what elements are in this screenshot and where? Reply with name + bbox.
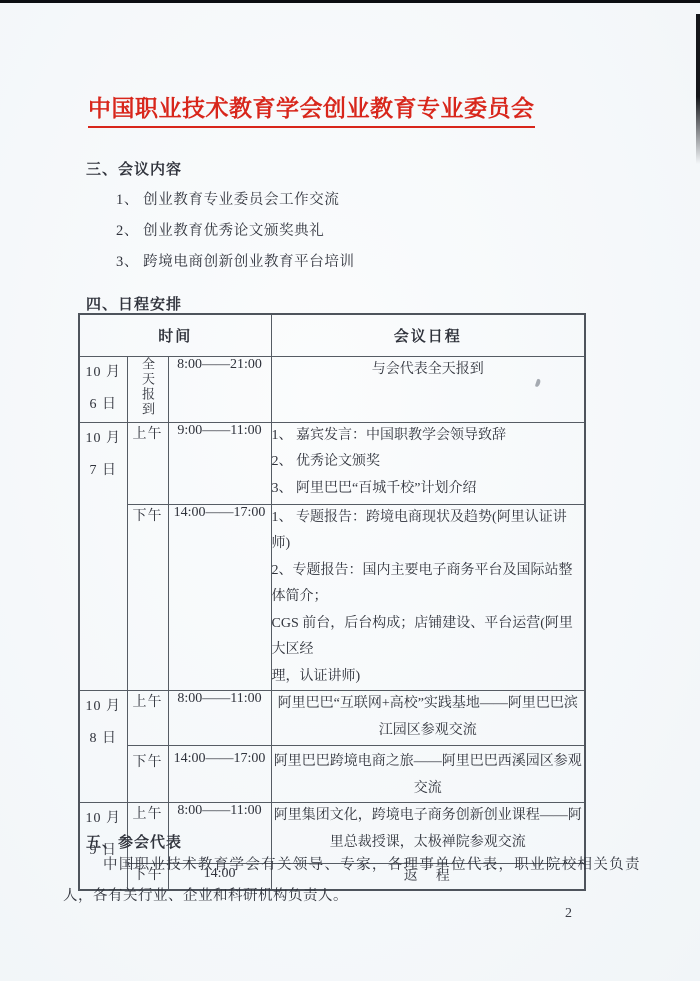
row-oct8-pm: 下午 14:00——17:00 阿里巴巴跨境电商之旅——阿里巴巴西溪园区参观交流	[79, 746, 585, 803]
section-5-paragraph: 中国职业技术教育学会有关领导、专家，各理事单位代表，职业院校相关负责人，各有关行…	[63, 850, 640, 911]
section-3-item-1: 1、 创业教育专业委员会工作交流	[116, 188, 339, 209]
scan-edge-right	[696, 14, 700, 164]
cell-period-oct8-pm: 下午	[127, 746, 168, 803]
header-cell-time: 时间	[79, 314, 271, 356]
section-5-heading: 五、参会代表	[86, 831, 182, 852]
row-oct7-pm: 下午 14:00——17:00 1、 专题报告：跨境电商现状及趋势(阿里认证讲师…	[79, 504, 585, 691]
cell-date-oct8: 10 月 8 日	[79, 691, 127, 803]
cell-time-oct8-pm: 14:00——17:00	[168, 746, 271, 803]
section-3-item-2: 2、 创业教育优秀论文颁奖典礼	[116, 219, 324, 240]
page-number: 2	[565, 906, 572, 922]
cell-period-oct6: 全天报到	[127, 356, 168, 422]
row-oct6: 10 月 6 日 全天报到 8:00——21:00 与会代表全天报到	[79, 356, 585, 422]
cell-agenda-oct7-am: 1、 嘉宾发言：中国职教学会领导致辞 2、 优秀论文颁奖 3、 阿里巴巴“百城千…	[271, 422, 585, 504]
cell-date-oct7: 10 月 7 日	[79, 422, 127, 691]
cell-time-oct6: 8:00——21:00	[168, 356, 271, 422]
table-header-row: 时间 会议日程	[79, 314, 585, 356]
cell-time-oct7-am: 9:00——11:00	[168, 422, 271, 504]
header-cell-agenda: 会议日程	[271, 314, 585, 356]
period-vertical-text: 全天报到	[141, 357, 154, 417]
cell-period-oct7-pm: 下午	[127, 504, 168, 691]
document-title: 中国职业技术教育学会创业教育专业委员会	[88, 90, 535, 128]
scan-edge-top	[0, 0, 700, 3]
cell-agenda-oct8-pm: 阿里巴巴跨境电商之旅——阿里巴巴西溪园区参观交流	[271, 746, 585, 803]
section-3-item-3: 3、 跨境电商创新创业教育平台培训	[116, 250, 355, 271]
scanned-page: 中国职业技术教育学会创业教育专业委员会 三、会议内容 1、 创业教育专业委员会工…	[0, 0, 700, 981]
section-3-heading: 三、会议内容	[86, 158, 182, 179]
row-oct8-am: 10 月 8 日 上午 8:00——11:00 阿里巴巴“互联网+高校”实践基地…	[79, 691, 585, 746]
cell-period-oct8-am: 上午	[127, 691, 168, 746]
cell-date-oct6: 10 月 6 日	[79, 356, 127, 422]
cell-agenda-oct6: 与会代表全天报到	[271, 356, 585, 422]
cell-agenda-oct8-am: 阿里巴巴“互联网+高校”实践基地——阿里巴巴滨江园区参观交流	[271, 691, 585, 746]
section-4-heading: 四、日程安排	[86, 293, 182, 314]
cell-agenda-oct7-pm: 1、 专题报告：跨境电商现状及趋势(阿里认证讲师) 2、专题报告：国内主要电子商…	[271, 504, 585, 691]
schedule-table: 时间 会议日程 10 月 6 日 全天报到 8:00——21:00 与会代表全天…	[78, 313, 586, 891]
cell-period-oct7-am: 上午	[127, 422, 168, 504]
cell-time-oct8-am: 8:00——11:00	[168, 691, 271, 746]
row-oct7-am: 10 月 7 日 上午 9:00——11:00 1、 嘉宾发言：中国职教学会领导…	[79, 422, 585, 504]
cell-time-oct7-pm: 14:00——17:00	[168, 504, 271, 691]
